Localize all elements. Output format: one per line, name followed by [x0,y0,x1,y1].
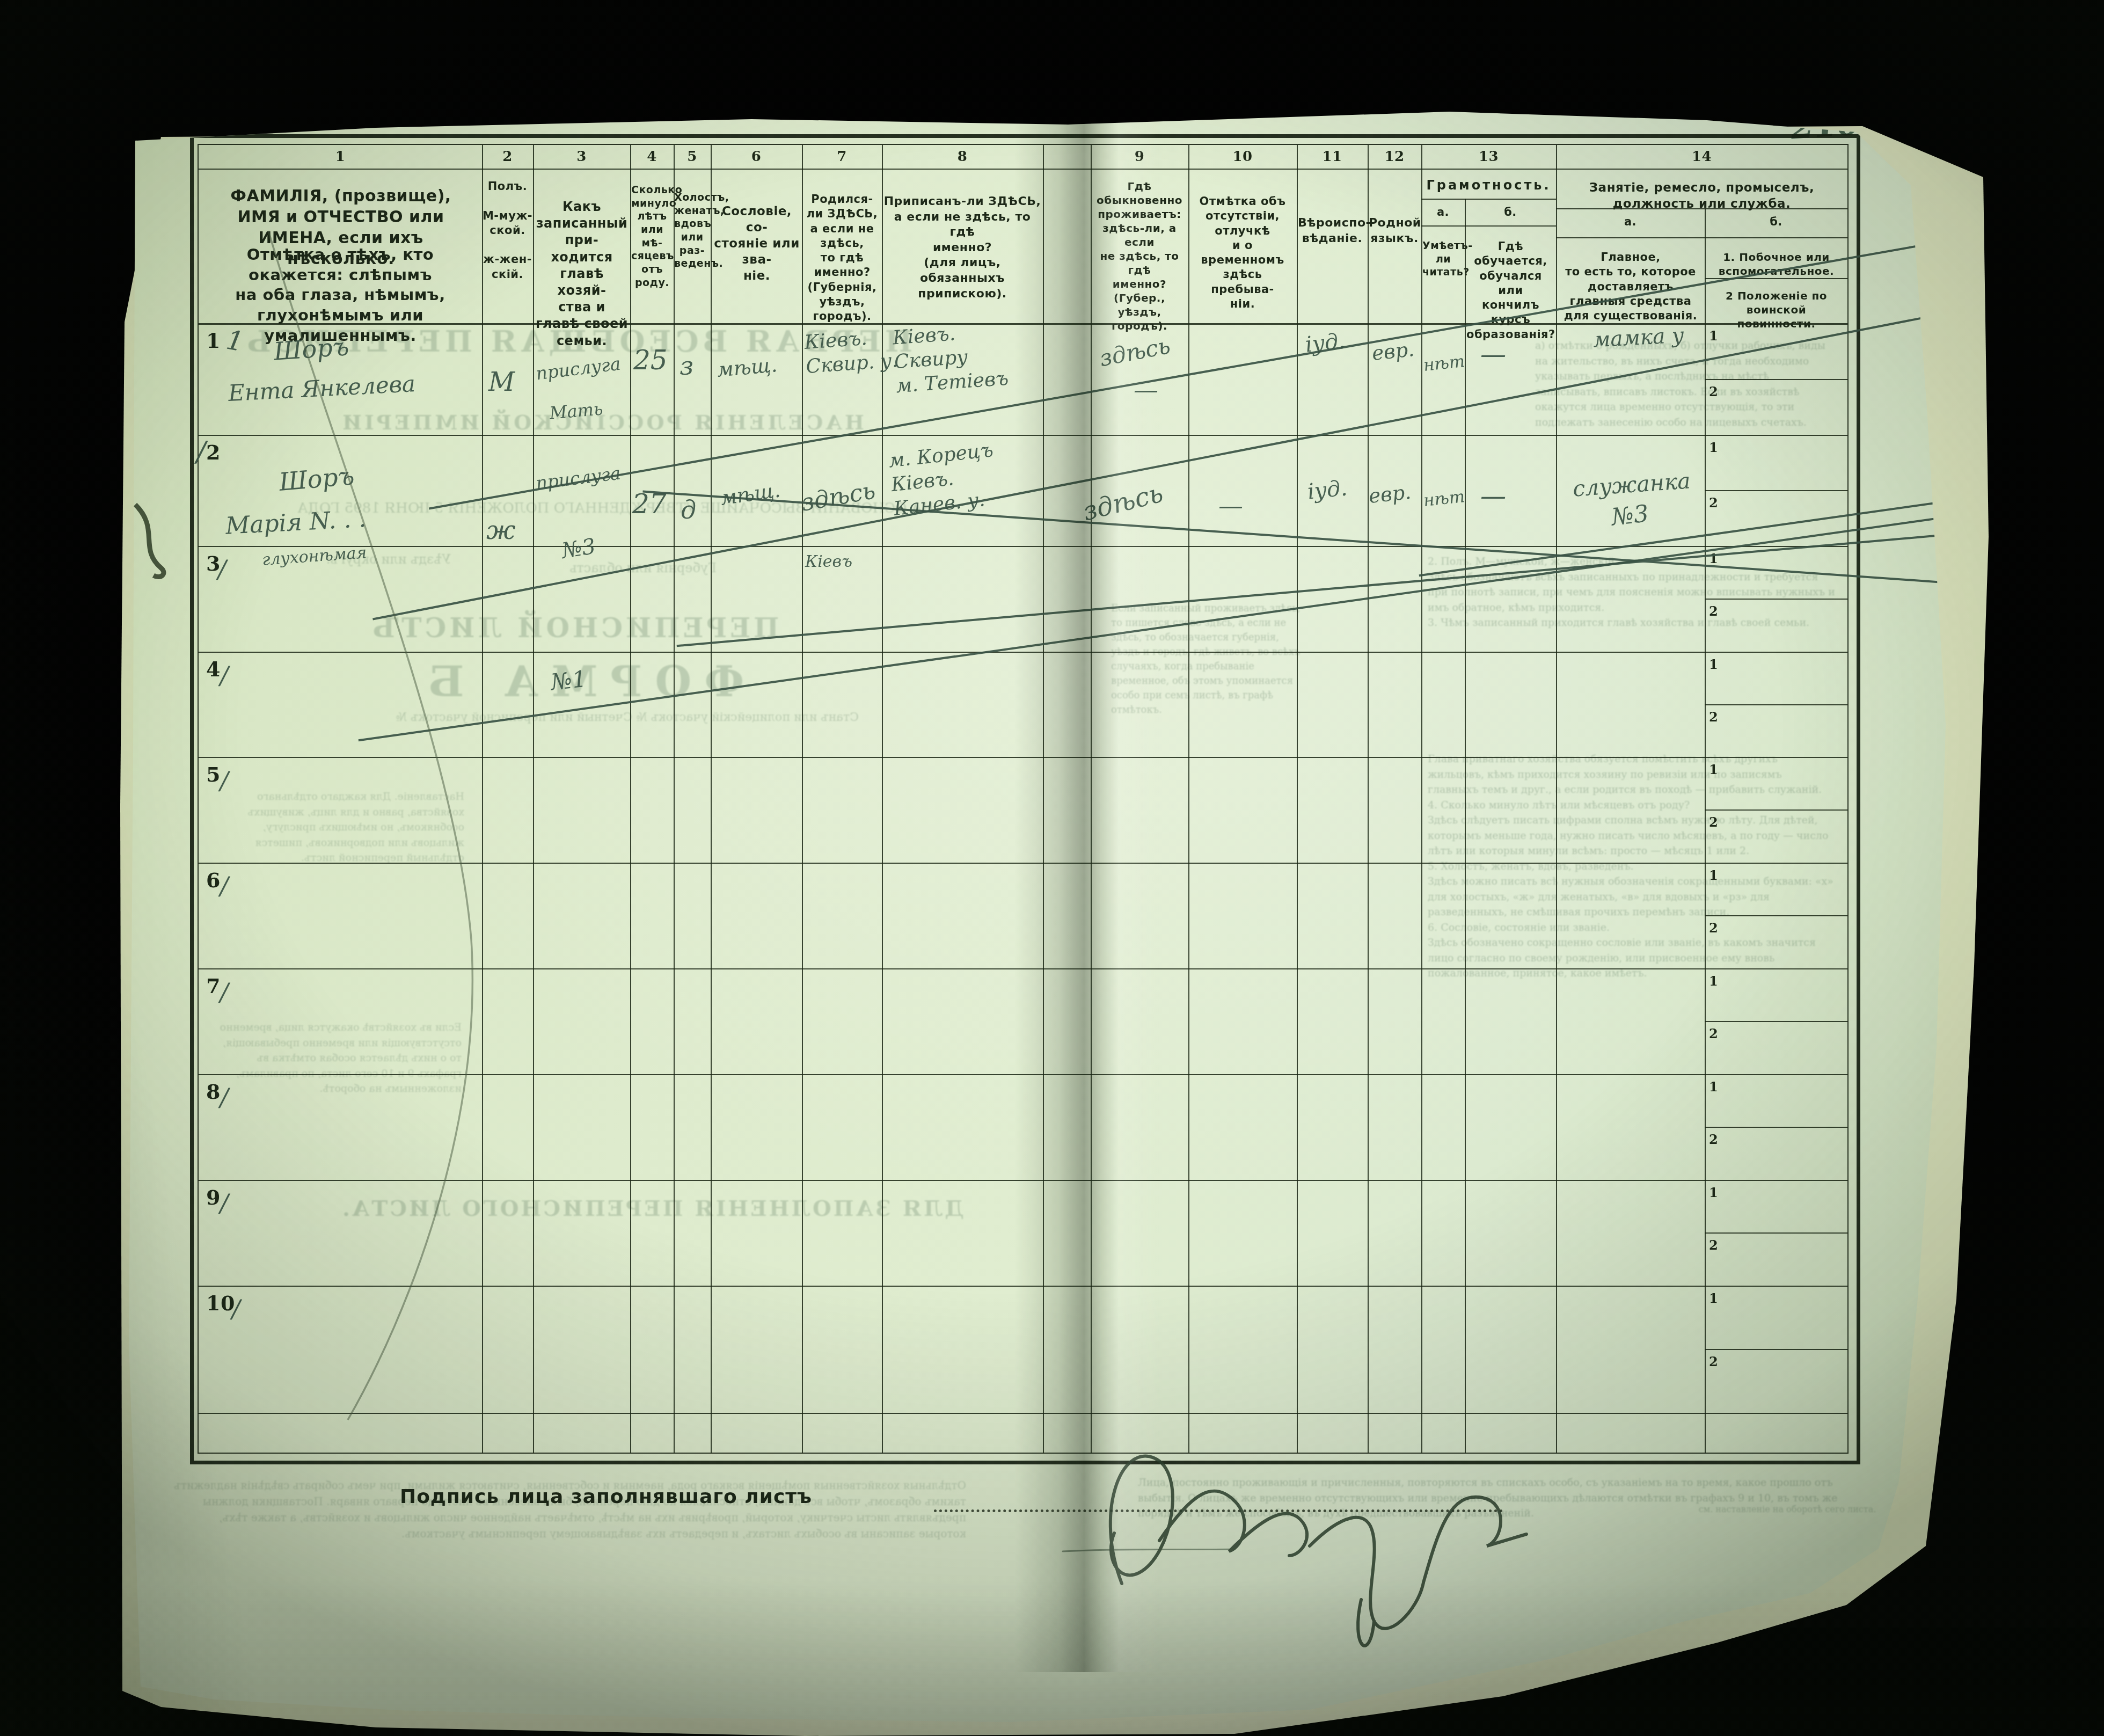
subrow-2: 2 [1709,1353,1718,1370]
header-relation: Какъ записанный при- ходится главѣ хозяй… [536,199,628,349]
row-number: 8 [206,1078,221,1105]
signature-label: Подпись лица заполнявшаго листъ [400,1486,958,1508]
header-literacy-a: Умѣетъ- ли читать? [1422,239,1464,279]
header-literacy-b-label: б. [1465,205,1556,220]
hw-sex: М [488,366,515,398]
hw-language: евр. [1371,337,1415,366]
header-registered: Приписанъ-ли ЗДѢСЬ, а если не здѣсь, то … [883,194,1041,302]
hw-birthplace-struck: Кіевъ [805,552,2104,572]
header-occupation: Занятіе, ремесло, промыселъ, должность и… [1556,180,1847,213]
col-number-5: 5 [674,148,711,166]
row-tick: ∕ [220,871,229,902]
col-number-14: 14 [1556,148,1847,166]
subrow-2: 2 [1709,383,1718,400]
header-occupation-a-label: а. [1556,215,1705,229]
hw-literacy: нѣт [1422,351,1466,376]
subrow-2: 2 [1709,603,1718,619]
hw-marital: з [680,350,693,382]
header-literacy: Грамотность. [1421,177,1556,194]
hw-relation: прислуга [535,352,622,384]
col-number-11: 11 [1297,148,1368,166]
col-number-8: 8 [882,148,1043,166]
hw-estate: мѣщ. [716,353,778,383]
row-number: 6 [206,867,221,893]
col-number-6: 6 [711,148,802,166]
subrow-2: 2 [1709,920,1718,936]
subrow-1: 1 [1709,761,1718,778]
hw-registered: Кіевъ. Сквиру м. Тетіевъ [892,318,1010,398]
header-faith: Вѣроиспо- вѣданіе. [1298,216,1367,246]
subrow-1: 1 [1709,439,1718,456]
census-sheet: ПЕРВАЯ ВСЕОБЩАЯ ПЕРЕПИСЬ НАСЕЛЕНІЯ РОССІ… [0,0,2104,1736]
row-tick: ∕ [218,554,227,585]
subrow-1: 1 [1709,1290,1718,1307]
folio-strike [1911,141,2023,154]
hw-birthplace: Кіевъ. Сквир. у. [803,324,898,379]
hw-registered: м. Корецъ Кіевъ. Канев. у. [887,438,999,521]
hw-surname: Шоръ [273,331,350,367]
col-number-7: 7 [802,148,882,166]
ghost-text: см. наставленіе на оборотѣ сего листа. [1664,1503,1911,1516]
col-number-1: 1 [199,148,482,166]
col-number-13: 13 [1421,148,1556,166]
header-age: Сколько минуло лѣтъ или мѣ- сяцевъ отъ р… [631,184,673,290]
col-number-2: 2 [482,148,533,166]
hw-literacy: нѣт [1422,486,1466,512]
subrow-2: 2 [1709,1025,1718,1042]
col-number-3: 3 [533,148,630,166]
hw-dash: — [1134,375,1158,406]
row-number: 1 [206,327,221,354]
header-marital: Холостъ, женатъ, вдовъ или раз- веденъ. [674,191,710,271]
hw-residence: здѣсь [1079,477,1166,528]
header-literacy-a-label: а. [1421,205,1465,220]
hw-dash: — [1218,491,1243,522]
col-number-4: 4 [630,148,674,166]
hw-faith: іуд. [1304,327,1347,358]
col-number-9: 9 [1091,148,1188,166]
subrow-2: 2 [1709,709,1718,725]
subrow-2: 2 [1709,1237,1718,1253]
row-tick: ∕ [220,1188,229,1219]
header-sex: Полъ. М-муж- ской. ж-жен- скій. [482,179,533,282]
header-birthplace: Родился-ли ЗДѢСЬ, а если не здѣсь, то гд… [803,192,881,324]
row-tick: ∕ [220,977,229,1008]
census-table: 1 2 3 4 5 6 7 8 9 10 11 12 13 14 ФАМИЛІЯ… [198,144,1849,1454]
subrow-1: 1 [1709,973,1718,989]
folio-number-right-struck: 209 [1906,107,1984,156]
row-tick: ∕ [232,1294,240,1325]
row-tick: ∕ [196,435,206,470]
hw-name: Марія N. . . [225,504,367,541]
hw-sex: ж [486,514,516,546]
subrow-1: 1 [1709,656,1718,673]
col-number-12: 12 [1368,148,1421,166]
subrow-1: 1 [1709,1078,1718,1095]
hw-faith: іуд. [1306,475,1349,505]
hw-relation: прислуга [535,462,622,494]
col-number-10: 10 [1188,148,1297,166]
header-absence: Отмѣтка объ отсутствіи, отлучкѣ и о врем… [1189,194,1296,311]
hw-name: Ента Янкелева [228,370,416,408]
header-residence: Гдѣ обыкновенно проживаетъ: здѣсь-ли, а … [1092,179,1187,333]
subrow-1: 1 [1709,867,1718,884]
subrow-2: 2 [1709,814,1718,830]
row-tick: ∕ [220,765,229,797]
hw-surname: Шоръ [278,461,356,498]
header-name-column-note: Отмѣтка о тѣхъ, кто окажется: слѣпымъ на… [206,245,474,346]
subrow-1: 1 [1709,327,1718,344]
census-form-photo: ПЕРВАЯ ВСЕОБЩАЯ ПЕРЕПИСЬ НАСЕЛЕНІЯ РОССІ… [0,0,2104,1736]
row-tick: ∕ [220,660,229,691]
row-number: 9 [206,1184,221,1210]
hw-dash: — [1480,480,1506,512]
folio-strike [1904,127,2034,144]
row-number: 2 [206,439,221,465]
margin-scribble [135,505,164,577]
subrow-1: 1 [1709,1184,1718,1201]
row-tick: ∕ [220,1082,229,1113]
hw-dash: — [1480,338,1506,370]
signature-dotted-line [934,1509,1503,1512]
hw-occupation: мамка у [1592,323,1685,354]
hw-age: 25 [633,344,668,377]
header-language: Родной языкъ. [1369,216,1420,246]
header-occupation-b-label: б. [1705,215,1847,229]
row-number: 5 [206,761,221,787]
hw-language: евр. [1368,480,1412,509]
subrow-2: 2 [1709,1131,1718,1148]
header-estate: Сословіе, со- стояніе или зва- ніе. [713,204,801,284]
header-occupation-side: 1. Побочное или вспомогательное. [1708,250,1845,278]
row-number: 7 [206,973,221,999]
hw-marital: д [681,495,696,526]
row-number: 10 [206,1290,235,1316]
row-number: 4 [206,656,221,682]
